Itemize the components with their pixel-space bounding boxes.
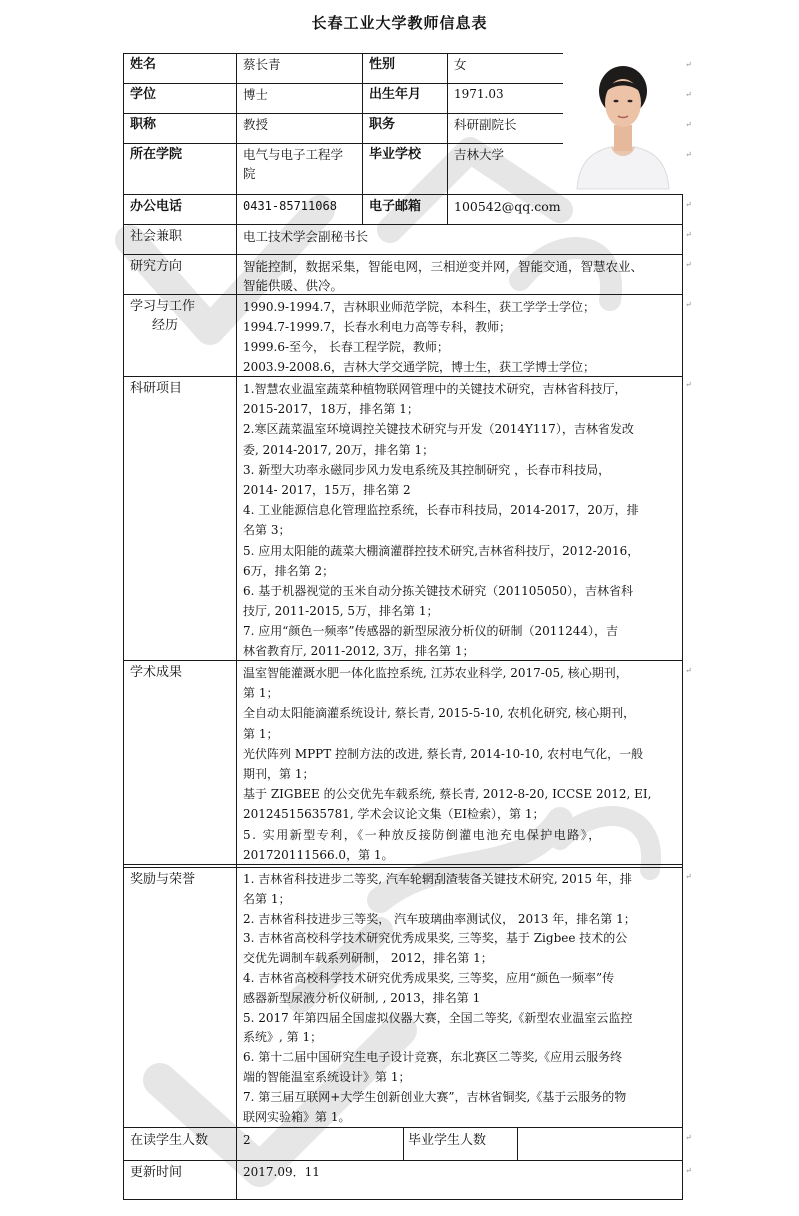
paragraph-mark-icon: ↵ xyxy=(685,872,692,881)
list-item: 林省教育厅, 2011-2012, 3万，排名第 1； xyxy=(243,641,639,661)
awards-list: 1. 吉林省科技进步二等奖, 汽车轮辋刮渣装备关键技术研究, 2015 年，排 … xyxy=(243,870,636,1127)
list-item: 端的智能温室系统设计》第 1； xyxy=(243,1068,636,1088)
list-item: 7. 第三届互联网+大学生创新创业大赛”，吉林省铜奖,《基于云服务的物 xyxy=(243,1088,636,1108)
phone-value: 0431-85711068 xyxy=(243,197,337,216)
list-item: 20124515635781, 学术会议论文集（EI检索），第 1； xyxy=(243,804,651,824)
research-direction-label: 研究方向 xyxy=(130,257,182,276)
list-item: 第 1； xyxy=(243,724,651,744)
list-item: 温室智能灌溉水肥一体化监控系统, 江苏农业科学, 2017-05, 核心期刊， xyxy=(243,663,651,683)
list-item: 联网实验箱》第 1。 xyxy=(243,1108,636,1128)
paragraph-mark-icon: ↵ xyxy=(685,90,692,99)
list-item: 2. 吉林省科技进步三等奖， 汽车玻璃曲率测试仪， 2013 年，排名第 1； xyxy=(243,910,636,930)
list-item: 第 1； xyxy=(243,683,651,703)
list-item: 3. 吉林省高校科学技术研究优秀成果奖, 三等奖，基于 Zigbee 技术的公 xyxy=(243,929,636,949)
title-value: 教授 xyxy=(243,115,268,134)
name-label: 姓名 xyxy=(130,55,156,74)
list-item: 交优先调制车载系列研制， 2012，排名第 1； xyxy=(243,949,636,969)
list-item: 委, 2014-2017, 20万，排名第 1； xyxy=(243,440,639,460)
research-projects-list: 1.智慧农业温室蔬菜种植物联网管理中的关键技术研究，吉林省科技厅， 2015-2… xyxy=(243,379,639,662)
academic-achievements-list: 温室智能灌溉水肥一体化监控系统, 江苏农业科学, 2017-05, 核心期刊， … xyxy=(243,663,651,865)
list-item: 6万，排名第 2； xyxy=(243,561,639,581)
degree-value: 博士 xyxy=(243,85,268,104)
list-item: 6. 基于机器视觉的玉米自动分拣关键技术研究（201105050），吉林省科 xyxy=(243,581,639,601)
gender-value: 女 xyxy=(454,55,467,74)
name-value: 蔡长青 xyxy=(243,55,281,74)
paragraph-mark-icon: ↵ xyxy=(685,260,692,269)
experience-list: 1990.9-1994.7，吉林职业师范学院，本科生，获工学学士学位； 1994… xyxy=(243,297,595,377)
gender-label: 性别 xyxy=(369,55,395,74)
list-item: 系统》, 第 1； xyxy=(243,1028,636,1048)
list-item: 201720111566.0，第 1。 xyxy=(243,845,651,865)
paragraph-mark-icon: ↵ xyxy=(685,300,692,309)
college-value: 电气与电子工程学 院 xyxy=(243,145,343,183)
phone-label: 办公电话 xyxy=(130,197,182,216)
update-time-label: 更新时间 xyxy=(130,1163,182,1182)
update-time-value: 2017.09．11 xyxy=(243,1163,320,1182)
list-item: 2.寒区蔬菜温室环境调控关键技术研究与开发（2014Y117），吉林省发改 xyxy=(243,419,639,439)
email-value: 100542@qq.com xyxy=(454,197,561,216)
paragraph-mark-icon: ↵ xyxy=(685,230,692,239)
title-label: 职称 xyxy=(130,115,156,134)
list-item: 5. 实用新型专利，《一种放反接防倒灌电池充电保护电路》， xyxy=(243,825,651,845)
list-item: 5. 应用太阳能的蔬菜大棚滴灌群控技术研究,吉林省科技厅，2012-2016， xyxy=(243,541,639,561)
paragraph-mark-icon: ↵ xyxy=(685,120,692,129)
portrait-photo xyxy=(563,53,683,194)
current-students-label: 在读学生人数 xyxy=(130,1131,208,1150)
graduated-students-label: 毕业学生人数 xyxy=(408,1131,486,1150)
list-item: 7. 应用“颜色一频率”传感器的新型尿液分析仪的研制（2011244），吉 xyxy=(243,621,639,641)
social-role-label: 社会兼职 xyxy=(130,227,182,246)
document-title: 长春工业大学教师信息表 xyxy=(0,12,799,33)
research-projects-label: 科研项目 xyxy=(130,379,182,398)
paragraph-mark-icon: ↵ xyxy=(685,200,692,209)
email-label: 电子邮箱 xyxy=(369,197,421,216)
list-item: 全自动太阳能滴灌系统设计, 蔡长青, 2015-5-10, 农机化研究, 核心期… xyxy=(243,703,651,723)
list-item: 1994.7-1999.7，长春水利电力高等专科，教师； xyxy=(243,317,595,337)
list-item: 1999.6-至今， 长春工程学院，教师； xyxy=(243,337,595,357)
list-item: 4. 吉林省高校科学技术研究优秀成果奖, 三等奖，应用“颜色一频率”传 xyxy=(243,969,636,989)
paragraph-mark-icon: ↵ xyxy=(685,666,692,675)
paragraph-mark-icon: ↵ xyxy=(685,1166,692,1175)
birth-label: 出生年月 xyxy=(369,85,421,104)
current-students-value: 2 xyxy=(243,1131,251,1150)
list-item: 3. 新型大功率永磁同步风力发电系统及其控制研究 ，长春市科技局， xyxy=(243,460,639,480)
degree-label: 学位 xyxy=(130,85,156,104)
list-item: 4. 工业能源信息化管理监控系统，长春市科技局，2014-2017，20万，排 xyxy=(243,500,639,520)
paragraph-mark-icon: ↵ xyxy=(685,380,692,389)
research-direction-value: 智能控制，数据采集，智能电网，三相逆变并网，智能交通，智慧农业、 智能供暖、供冷… xyxy=(243,257,643,295)
awards-label: 奖励与荣誉 xyxy=(130,870,195,889)
list-item: 名第 3； xyxy=(243,520,639,540)
list-item: 技厅, 2011-2015, 5万，排名第 1； xyxy=(243,601,639,621)
list-item: 6. 第十二届中国研究生电子设计竞赛，东北赛区二等奖,《应用云服务终 xyxy=(243,1048,636,1068)
list-item: 光伏阵列 MPPT 控制方法的改进, 蔡长青, 2014-10-10, 农村电气… xyxy=(243,744,651,764)
list-item: 1.智慧农业温室蔬菜种植物联网管理中的关键技术研究，吉林省科技厅， xyxy=(243,379,639,399)
birth-value: 1971.03 xyxy=(454,85,504,104)
list-item: 2014- 2017，15万，排名第 2 xyxy=(243,480,639,500)
academic-achievements-label: 学术成果 xyxy=(130,663,182,682)
list-item: 2003.9-2008.6，吉林大学交通学院，博士生，获工学博士学位； xyxy=(243,357,595,377)
experience-label: 学习与工作 经历 xyxy=(130,297,195,335)
list-item: 期刊，第 1； xyxy=(243,764,651,784)
list-item: 感器新型尿液分析仪研制, , 2013，排名第 1 xyxy=(243,989,636,1009)
paragraph-mark-icon: ↵ xyxy=(685,1133,692,1142)
grad-school-value: 吉林大学 xyxy=(454,145,504,164)
grad-school-label: 毕业学校 xyxy=(369,145,421,164)
list-item: 5. 2017 年第四届全国虚拟仪器大赛，全国二等奖,《新型农业温室云监控 xyxy=(243,1009,636,1029)
list-item: 基于 ZIGBEE 的公交优先车载系统, 蔡长青, 2012-8-20, ICC… xyxy=(243,784,651,804)
paragraph-mark-icon: ↵ xyxy=(685,60,692,69)
position-label: 职务 xyxy=(369,115,395,134)
list-item: 名第 1； xyxy=(243,890,636,910)
college-label: 所在学院 xyxy=(130,145,182,164)
list-item: 1990.9-1994.7，吉林职业师范学院，本科生，获工学学士学位； xyxy=(243,297,595,317)
list-item: 1. 吉林省科技进步二等奖, 汽车轮辋刮渣装备关键技术研究, 2015 年，排 xyxy=(243,870,636,890)
paragraph-mark-icon: ↵ xyxy=(685,150,692,159)
list-item: 2015-2017，18万，排名第 1； xyxy=(243,399,639,419)
social-role-value: 电工技术学会副秘书长 xyxy=(243,227,368,246)
position-value: 科研副院长 xyxy=(454,115,517,134)
